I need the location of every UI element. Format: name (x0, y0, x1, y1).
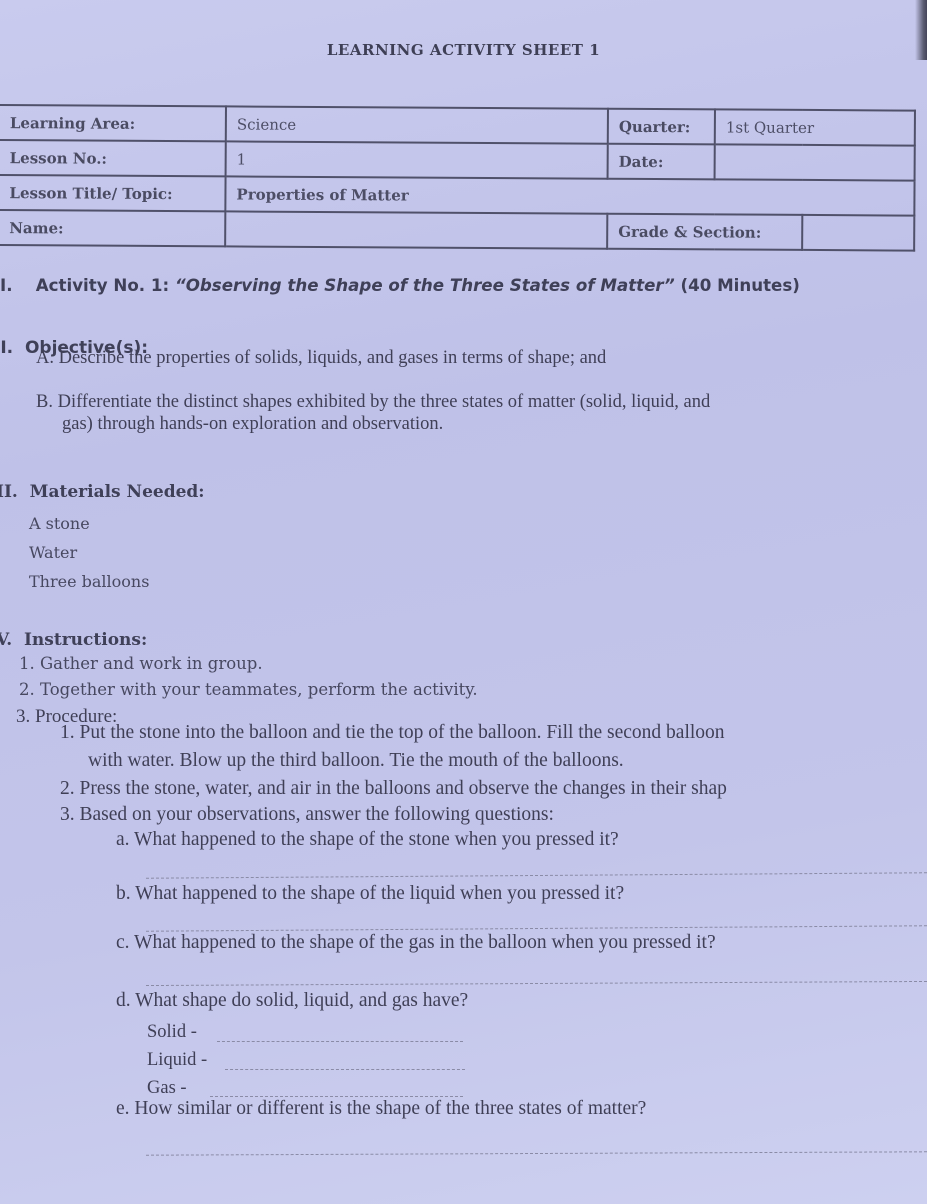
instructions-numeral: V. (0, 630, 12, 650)
gas-label: Gas - (147, 1078, 187, 1099)
procedure-step-1-cont: with water. Blow up the third balloon. T… (88, 750, 624, 772)
material-item: Water (29, 543, 77, 562)
lesson-no-value[interactable]: 1 (226, 141, 608, 178)
quarter-value[interactable]: 1st Quarter (715, 109, 915, 145)
activity-duration: (40 Minutes) (675, 276, 800, 296)
info-table: Learning Area: Science Quarter: 1st Quar… (0, 104, 916, 252)
material-item: Three balloons (29, 572, 149, 591)
lesson-title-value[interactable]: Properties of Matter (225, 176, 914, 215)
answer-line-a[interactable] (146, 872, 927, 878)
lesson-title-label: Lesson Title/ Topic: (0, 175, 226, 211)
quarter-label: Quarter: (608, 109, 715, 145)
answer-line-c[interactable] (146, 981, 927, 986)
question-b: b. What happened to the shape of the liq… (116, 883, 624, 905)
sheet-title: LEARNING ACTIVITY SHEET 1 (0, 41, 927, 59)
answer-line-solid[interactable] (217, 1041, 463, 1042)
lesson-no-label: Lesson No.: (0, 140, 226, 176)
materials-title: Materials Needed: (30, 482, 205, 502)
instruction-step: 2. Together with your teammates, perform… (19, 680, 478, 699)
name-label: Name: (0, 210, 225, 246)
grade-section-label: Grade & Section: (607, 214, 802, 250)
objective-a: A. Describe the properties of solids, li… (36, 348, 606, 369)
material-item: A stone (29, 514, 90, 533)
learning-area-value[interactable]: Science (226, 106, 608, 143)
answer-line-liquid[interactable] (225, 1069, 465, 1070)
materials-numeral: II. (0, 482, 18, 502)
procedure-step-3: 3. Based on your observations, answer th… (60, 804, 554, 826)
date-label: Date: (608, 144, 715, 180)
activity-numeral: I. (0, 276, 13, 296)
activity-heading: I. Activity No. 1: “Observing the Shape … (0, 276, 800, 296)
question-a: a. What happened to the shape of the sto… (116, 829, 619, 851)
objective-b-cont: gas) through hands-on exploration and ob… (62, 414, 443, 435)
objectives-numeral: II. (0, 338, 13, 358)
instruction-step: 1. Gather and work in group. (19, 654, 263, 673)
solid-label: Solid - (147, 1022, 197, 1043)
materials-heading: II. Materials Needed: (0, 482, 205, 502)
activity-title: “Observing the Shape of the Three States… (175, 276, 675, 296)
answer-line-b[interactable] (146, 925, 927, 931)
answer-line-gas[interactable] (210, 1096, 463, 1097)
procedure-step-2: 2. Press the stone, water, and air in th… (60, 778, 727, 800)
date-field[interactable] (715, 144, 915, 180)
activity-prefix: Activity No. 1: (36, 276, 175, 296)
question-e: e. How similar or different is the shape… (116, 1098, 646, 1120)
liquid-label: Liquid - (147, 1050, 207, 1071)
answer-line-e[interactable] (146, 1151, 927, 1155)
question-c: c. What happened to the shape of the gas… (116, 932, 716, 954)
question-d: d. What shape do solid, liquid, and gas … (116, 990, 468, 1012)
grade-section-field[interactable] (802, 215, 914, 251)
procedure-step-1: 1. Put the stone into the balloon and ti… (60, 722, 725, 744)
objective-b: B. Differentiate the distinct shapes exh… (36, 392, 710, 413)
instructions-heading: V. Instructions: (0, 630, 147, 650)
learning-area-label: Learning Area: (0, 105, 226, 141)
instructions-title: Instructions: (24, 630, 147, 650)
name-field[interactable] (225, 211, 607, 248)
